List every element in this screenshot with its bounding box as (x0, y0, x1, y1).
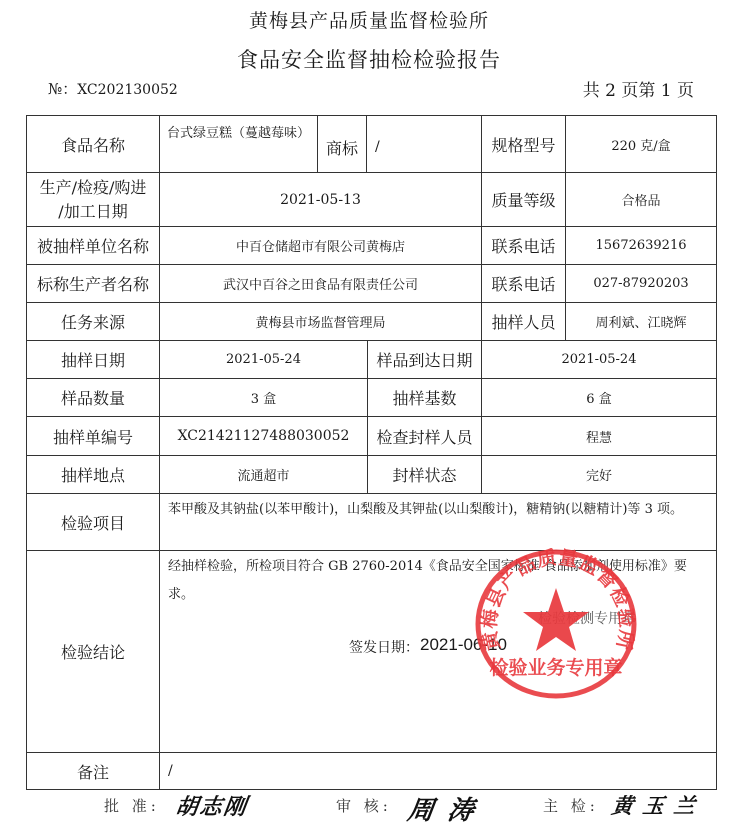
report-table: 食品名称 台式绿豆糕（蔓越莓味） 商标 / 规格型号 220 克/盒 生产/检疫… (26, 115, 717, 790)
chief-inspector-signature: 黄玉兰 (610, 790, 707, 820)
manufacturer-phone-label: 联系电话 (482, 265, 566, 303)
task-source-label: 任务来源 (27, 303, 160, 341)
manufacturer-value: 武汉中百谷之田食品有限责任公司 (160, 265, 482, 303)
spec-label: 规格型号 (482, 116, 566, 173)
sampled-unit-phone-value: 15672639216 (566, 227, 716, 265)
manufacturer-phone-value: 027-87920203 (566, 265, 716, 303)
manufacturer-label: 标称生产者名称 (27, 265, 160, 303)
test-items-cell: 苯甲酸及其钠盐(以苯甲酸计)，山梨酸及其钾盐(以山梨酸计)，糖精钠(以糖精计)等… (160, 494, 716, 551)
report-number-value: XC202130052 (77, 82, 178, 98)
stamp-note: 检验检测专用章 (538, 608, 636, 628)
remarks-value: / (160, 753, 716, 789)
production-date-label-line1: 生产/检疫/购进 (40, 176, 147, 200)
sampling-place-label: 抽样地点 (27, 456, 160, 494)
production-date-label-line2: /加工日期 (58, 200, 127, 224)
remarks-label: 备注 (27, 753, 160, 789)
report-number-label: №： (48, 80, 77, 98)
sampling-place-value: 流通超市 (160, 456, 368, 494)
brand-label: 商标 (318, 116, 367, 173)
task-source-value: 黄梅县市场监督管理局 (160, 303, 482, 341)
food-name-label: 食品名称 (27, 116, 160, 173)
issue-date-label: 签发日期： (349, 637, 419, 657)
sampling-date-value: 2021-05-24 (160, 341, 368, 379)
production-date-label: 生产/检疫/购进 /加工日期 (27, 173, 160, 227)
sampled-unit-phone-label: 联系电话 (482, 227, 566, 265)
food-name-value: 台式绿豆糕（蔓越莓味） (160, 116, 318, 173)
arrival-date-label: 样品到达日期 (368, 341, 482, 379)
sample-qty-value: 3 盒 (160, 379, 368, 417)
sample-qty-label: 样品数量 (27, 379, 160, 417)
review-label: 审 核: (336, 795, 392, 816)
conclusion-label: 检验结论 (27, 551, 160, 753)
samplers-value: 周利斌、江晓辉 (566, 303, 716, 341)
sampled-unit-label: 被抽样单位名称 (27, 227, 160, 265)
sampling-base-value: 6 盒 (482, 379, 716, 417)
sampling-no-value: XC21421127488030052 (160, 417, 368, 456)
report-title: 食品安全监督抽检检验报告 (0, 44, 738, 74)
samplers-label: 抽样人员 (482, 303, 566, 341)
chief-inspector-label: 主 检: (543, 795, 599, 816)
quality-grade-label: 质量等级 (482, 173, 566, 227)
conclusion-value: 经抽样检验，所检项目符合 GB 2760-2014《食品安全国家标准 食品添加剂… (160, 551, 716, 609)
report-number: №：XC202130052 (48, 78, 178, 99)
seal-inspector-value: 程慧 (482, 417, 716, 456)
sampling-date-label: 抽样日期 (27, 341, 160, 379)
seal-status-value: 完好 (482, 456, 716, 494)
approve-label: 批 准: (104, 795, 160, 816)
spec-value: 220 克/盒 (566, 116, 716, 173)
sampling-base-label: 抽样基数 (368, 379, 482, 417)
seal-status-label: 封样状态 (368, 456, 482, 494)
quality-grade-value: 合格品 (566, 173, 716, 227)
review-signature: 周涛 (405, 790, 490, 822)
organization-name: 黄梅县产品质量监督检验所 (0, 6, 738, 33)
seal-inspector-label: 检查封样人员 (368, 417, 482, 456)
sampled-unit-value: 中百仓储超市有限公司黄梅店 (160, 227, 482, 265)
test-items-label: 检验项目 (27, 494, 160, 551)
approve-signature: 胡志刚 (174, 790, 250, 821)
production-date-value: 2021-05-13 (160, 173, 482, 227)
arrival-date-value: 2021-05-24 (482, 341, 716, 379)
test-items-value: 苯甲酸及其钠盐(以苯甲酸计)，山梨酸及其钾盐(以山梨酸计)，糖精钠(以糖精计)等… (160, 494, 716, 524)
sampling-no-label: 抽样单编号 (27, 417, 160, 456)
brand-value: / (367, 116, 482, 173)
page-info: 共 2 页第 1 页 (583, 76, 694, 101)
issue-date-value: 2021-06-10 (420, 635, 507, 655)
